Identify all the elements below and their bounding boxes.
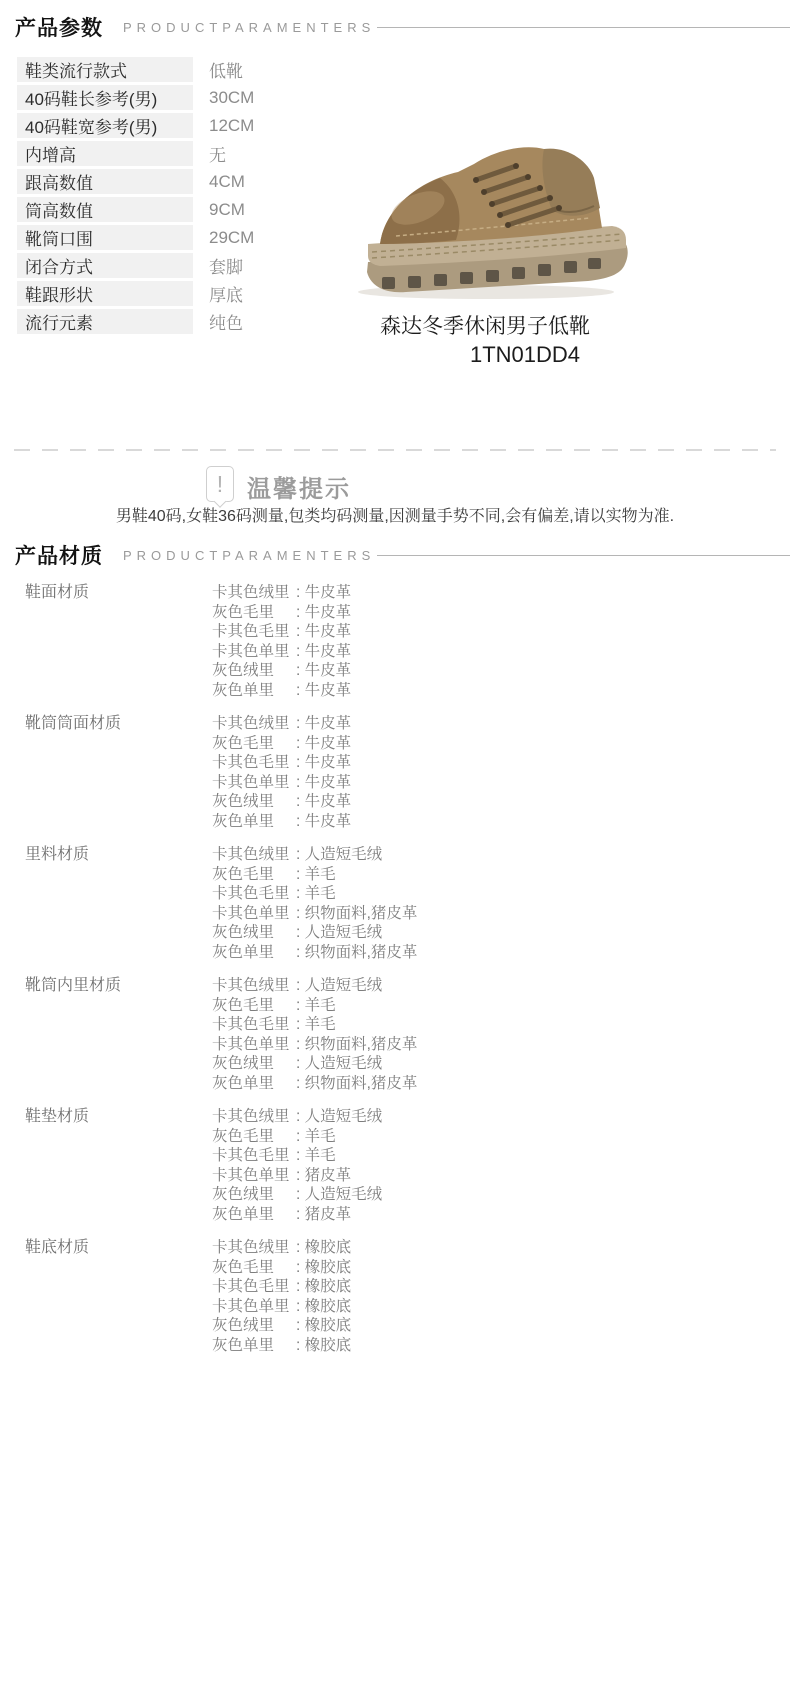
- param-label: 鞋类流行款式: [17, 57, 193, 82]
- material-items: 卡其色绒里: 牛皮革灰色毛里: 牛皮革卡其色毛里: 牛皮革卡其色单里: 牛皮革灰…: [212, 714, 770, 831]
- material-item-name: 灰色单里: [212, 812, 296, 832]
- material-item: 灰色毛里: 橡胶底: [212, 1258, 770, 1278]
- material-item-name: 灰色单里: [212, 943, 296, 963]
- material-item-value: 织物面料,猪皮革: [305, 944, 418, 961]
- material-item-name: 灰色绒里: [212, 661, 296, 681]
- material-item-colon: :: [296, 1108, 305, 1125]
- material-item-name: 灰色毛里: [212, 996, 296, 1016]
- material-item: 灰色单里: 织物面料,猪皮革: [212, 943, 770, 963]
- material-item-value: 牛皮革: [305, 813, 352, 830]
- material-item-value: 牛皮革: [305, 643, 352, 660]
- material-item-name: 灰色毛里: [212, 603, 296, 623]
- material-item-name: 卡其色绒里: [212, 1107, 296, 1127]
- materials-section-title: 产品材质: [15, 540, 103, 570]
- param-value: 29CM: [209, 225, 254, 250]
- product-code: 1TN01DD4: [400, 342, 650, 368]
- material-item-name: 卡其色毛里: [212, 1015, 296, 1035]
- material-item-colon: :: [296, 1128, 305, 1145]
- material-item-colon: :: [296, 866, 305, 883]
- material-item-colon: :: [296, 643, 305, 660]
- product-name: 森达冬季休闲男子低靴: [335, 310, 635, 340]
- material-item-value: 牛皮革: [305, 735, 352, 752]
- material-item-value: 人造短毛绒: [305, 924, 383, 941]
- material-group: 靴筒内里材质卡其色绒里: 人造短毛绒灰色毛里: 羊毛卡其色毛里: 羊毛卡其色单里…: [25, 976, 770, 1093]
- param-label: 闭合方式: [17, 253, 193, 278]
- material-item-name: 卡其色绒里: [212, 1238, 296, 1258]
- material-item-value: 橡胶底: [305, 1317, 352, 1334]
- material-items: 卡其色绒里: 橡胶底灰色毛里: 橡胶底卡其色毛里: 橡胶底卡其色单里: 橡胶底灰…: [212, 1238, 770, 1355]
- material-item-name: 卡其色单里: [212, 642, 296, 662]
- param-value: 30CM: [209, 85, 254, 110]
- param-value: 纯色: [209, 309, 243, 334]
- material-item: 灰色绒里: 人造短毛绒: [212, 1185, 770, 1205]
- material-item-colon: :: [296, 1298, 305, 1315]
- materials-section-subtitle: PRODUCTPARAMENTERS: [123, 548, 375, 563]
- material-item-value: 羊毛: [305, 1016, 336, 1033]
- material-item-colon: :: [296, 997, 305, 1014]
- param-value: 厚底: [209, 281, 243, 306]
- material-item: 卡其色毛里: 橡胶底: [212, 1277, 770, 1297]
- material-item-name: 灰色绒里: [212, 1054, 296, 1074]
- material-group-label: 鞋垫材质: [25, 1107, 212, 1224]
- material-item: 卡其色毛里: 牛皮革: [212, 622, 770, 642]
- material-item-name: 卡其色单里: [212, 1297, 296, 1317]
- material-item-value: 橡胶底: [305, 1278, 352, 1295]
- material-items: 卡其色绒里: 人造短毛绒灰色毛里: 羊毛卡其色毛里: 羊毛卡其色单里: 织物面料…: [212, 976, 770, 1093]
- param-label: 筒高数值: [17, 197, 193, 222]
- material-item-value: 牛皮革: [305, 682, 352, 699]
- material-item-name: 卡其色单里: [212, 773, 296, 793]
- param-value: 4CM: [209, 169, 245, 194]
- material-item-name: 灰色毛里: [212, 734, 296, 754]
- material-items: 卡其色绒里: 牛皮革灰色毛里: 牛皮革卡其色毛里: 牛皮革卡其色单里: 牛皮革灰…: [212, 583, 770, 700]
- material-item-value: 橡胶底: [305, 1298, 352, 1315]
- material-group: 鞋底材质卡其色绒里: 橡胶底灰色毛里: 橡胶底卡其色毛里: 橡胶底卡其色单里: …: [25, 1238, 770, 1355]
- material-item-name: 卡其色绒里: [212, 976, 296, 996]
- material-item-colon: :: [296, 944, 305, 961]
- material-group-label: 靴筒筒面材质: [25, 714, 212, 831]
- exclamation-bubble-icon: !: [206, 466, 234, 502]
- material-item-colon: :: [296, 604, 305, 621]
- material-item-colon: :: [296, 584, 305, 601]
- material-item: 卡其色单里: 牛皮革: [212, 642, 770, 662]
- material-item-value: 羊毛: [305, 885, 336, 902]
- material-group-label: 鞋底材质: [25, 1238, 212, 1355]
- material-item-colon: :: [296, 1075, 305, 1092]
- material-item-name: 卡其色单里: [212, 904, 296, 924]
- material-item-name: 灰色毛里: [212, 865, 296, 885]
- material-item-colon: :: [296, 1206, 305, 1223]
- material-item: 卡其色绒里: 人造短毛绒: [212, 1107, 770, 1127]
- material-item: 灰色绒里: 橡胶底: [212, 1316, 770, 1336]
- product-detail-page: 产品参数 PRODUCTPARAMENTERS 鞋类流行款式低靴40码鞋长参考(…: [0, 0, 790, 1690]
- material-item-value: 橡胶底: [305, 1337, 352, 1354]
- material-item-name: 卡其色毛里: [212, 884, 296, 904]
- materials-section-header: 产品材质 PRODUCTPARAMENTERS: [15, 540, 790, 570]
- material-item-value: 人造短毛绒: [305, 1055, 383, 1072]
- material-item-colon: :: [296, 754, 305, 771]
- material-item-value: 牛皮革: [305, 774, 352, 791]
- shoe-collar: [542, 149, 600, 216]
- material-item: 卡其色绒里: 橡胶底: [212, 1238, 770, 1258]
- material-group-label: 靴筒内里材质: [25, 976, 212, 1093]
- material-item-value: 织物面料,猪皮革: [305, 1036, 418, 1053]
- material-group: 鞋面材质卡其色绒里: 牛皮革灰色毛里: 牛皮革卡其色毛里: 牛皮革卡其色单里: …: [25, 583, 770, 700]
- material-item: 灰色单里: 牛皮革: [212, 812, 770, 832]
- material-item-name: 灰色单里: [212, 1074, 296, 1094]
- material-item: 卡其色单里: 牛皮革: [212, 773, 770, 793]
- material-item-name: 灰色单里: [212, 1205, 296, 1225]
- material-item-value: 人造短毛绒: [305, 1108, 383, 1125]
- material-item-name: 卡其色毛里: [212, 622, 296, 642]
- material-item-value: 牛皮革: [305, 715, 352, 732]
- material-group: 靴筒筒面材质卡其色绒里: 牛皮革灰色毛里: 牛皮革卡其色毛里: 牛皮革卡其色单里…: [25, 714, 770, 831]
- material-item-value: 羊毛: [305, 1128, 336, 1145]
- param-label: 40码鞋长参考(男): [17, 85, 193, 110]
- material-item-value: 橡胶底: [305, 1239, 352, 1256]
- material-item-value: 牛皮革: [305, 754, 352, 771]
- material-item-colon: :: [296, 662, 305, 679]
- material-item-name: 灰色毛里: [212, 1127, 296, 1147]
- material-item-colon: :: [296, 977, 305, 994]
- material-item-colon: :: [296, 1278, 305, 1295]
- material-item: 灰色毛里: 羊毛: [212, 1127, 770, 1147]
- material-item-value: 人造短毛绒: [305, 846, 383, 863]
- material-item: 卡其色绒里: 人造短毛绒: [212, 845, 770, 865]
- param-row: 40码鞋长参考(男)30CM: [17, 85, 447, 110]
- material-item-value: 牛皮革: [305, 604, 352, 621]
- material-item-value: 牛皮革: [305, 623, 352, 640]
- material-item: 灰色单里: 织物面料,猪皮革: [212, 1074, 770, 1094]
- material-item: 卡其色单里: 橡胶底: [212, 1297, 770, 1317]
- material-item-name: 卡其色绒里: [212, 583, 296, 603]
- material-item-name: 灰色绒里: [212, 923, 296, 943]
- param-value: 12CM: [209, 113, 254, 138]
- material-item-name: 灰色毛里: [212, 1258, 296, 1278]
- material-item-name: 灰色单里: [212, 681, 296, 701]
- param-row: 鞋类流行款式低靴: [17, 57, 447, 82]
- material-item: 卡其色绒里: 牛皮革: [212, 714, 770, 734]
- material-item: 灰色单里: 橡胶底: [212, 1336, 770, 1356]
- material-item-colon: :: [296, 1259, 305, 1276]
- material-group: 里料材质卡其色绒里: 人造短毛绒灰色毛里: 羊毛卡其色毛里: 羊毛卡其色单里: …: [25, 845, 770, 962]
- material-item: 灰色毛里: 羊毛: [212, 996, 770, 1016]
- material-item-colon: :: [296, 1036, 305, 1053]
- params-section-subtitle: PRODUCTPARAMENTERS: [123, 20, 375, 35]
- param-label: 跟高数值: [17, 169, 193, 194]
- params-section-title: 产品参数: [15, 12, 103, 42]
- material-item-colon: :: [296, 905, 305, 922]
- material-item: 灰色绒里: 牛皮革: [212, 792, 770, 812]
- material-item-name: 卡其色绒里: [212, 845, 296, 865]
- material-item-value: 橡胶底: [305, 1259, 352, 1276]
- material-group: 鞋垫材质卡其色绒里: 人造短毛绒灰色毛里: 羊毛卡其色毛里: 羊毛卡其色单里: …: [25, 1107, 770, 1224]
- material-item-value: 猪皮革: [305, 1167, 352, 1184]
- material-item-colon: :: [296, 846, 305, 863]
- material-item-colon: :: [296, 924, 305, 941]
- material-item-value: 牛皮革: [305, 584, 352, 601]
- param-value: 无: [209, 141, 226, 166]
- material-items: 卡其色绒里: 人造短毛绒灰色毛里: 羊毛卡其色毛里: 羊毛卡其色单里: 猪皮革灰…: [212, 1107, 770, 1224]
- material-item-name: 卡其色毛里: [212, 1146, 296, 1166]
- tips-title: 温馨提示: [247, 469, 351, 504]
- material-item-colon: :: [296, 774, 305, 791]
- param-label: 流行元素: [17, 309, 193, 334]
- material-item: 卡其色毛里: 羊毛: [212, 1146, 770, 1166]
- material-item-colon: :: [296, 623, 305, 640]
- material-item-name: 卡其色单里: [212, 1166, 296, 1186]
- materials-list: 鞋面材质卡其色绒里: 牛皮革灰色毛里: 牛皮革卡其色毛里: 牛皮革卡其色单里: …: [25, 583, 770, 1369]
- material-item-colon: :: [296, 1186, 305, 1203]
- dashed-divider: [14, 449, 776, 451]
- tips-text: 男鞋40码,女鞋36码测量,包类均码测量,因测量手势不同,会有偏差,请以实物为准…: [0, 503, 790, 526]
- material-item-name: 灰色绒里: [212, 1316, 296, 1336]
- material-item-colon: :: [296, 1317, 305, 1334]
- param-value: 9CM: [209, 197, 245, 222]
- material-item-colon: :: [296, 1055, 305, 1072]
- material-item: 卡其色单里: 织物面料,猪皮革: [212, 1035, 770, 1055]
- material-item-value: 人造短毛绒: [305, 1186, 383, 1203]
- material-item-colon: :: [296, 735, 305, 752]
- material-item: 灰色绒里: 牛皮革: [212, 661, 770, 681]
- params-section-header: 产品参数 PRODUCTPARAMENTERS: [15, 12, 790, 42]
- material-item: 卡其色单里: 猪皮革: [212, 1166, 770, 1186]
- material-item-colon: :: [296, 793, 305, 810]
- material-item-colon: :: [296, 885, 305, 902]
- param-label: 鞋跟形状: [17, 281, 193, 306]
- header-rule: [377, 555, 790, 556]
- material-item: 卡其色单里: 织物面料,猪皮革: [212, 904, 770, 924]
- material-item: 灰色毛里: 牛皮革: [212, 734, 770, 754]
- material-item: 卡其色毛里: 羊毛: [212, 1015, 770, 1035]
- material-item: 卡其色毛里: 牛皮革: [212, 753, 770, 773]
- material-item: 卡其色绒里: 人造短毛绒: [212, 976, 770, 996]
- material-item-value: 猪皮革: [305, 1206, 352, 1223]
- material-item: 灰色绒里: 人造短毛绒: [212, 923, 770, 943]
- material-group-label: 里料材质: [25, 845, 212, 962]
- material-item-value: 羊毛: [305, 997, 336, 1014]
- param-value: 低靴: [209, 57, 243, 82]
- material-item: 灰色毛里: 羊毛: [212, 865, 770, 885]
- material-items: 卡其色绒里: 人造短毛绒灰色毛里: 羊毛卡其色毛里: 羊毛卡其色单里: 织物面料…: [212, 845, 770, 962]
- material-item-name: 灰色绒里: [212, 792, 296, 812]
- product-image: [338, 116, 638, 306]
- material-item-colon: :: [296, 1337, 305, 1354]
- material-item-name: 卡其色毛里: [212, 1277, 296, 1297]
- material-item-value: 牛皮革: [305, 662, 352, 679]
- material-item-name: 卡其色单里: [212, 1035, 296, 1055]
- material-item-value: 织物面料,猪皮革: [305, 1075, 418, 1092]
- param-label: 靴筒口围: [17, 225, 193, 250]
- material-item-colon: :: [296, 813, 305, 830]
- material-item-colon: :: [296, 1239, 305, 1256]
- material-item-colon: :: [296, 715, 305, 732]
- material-item-colon: :: [296, 682, 305, 699]
- material-item-name: 卡其色绒里: [212, 714, 296, 734]
- material-item-colon: :: [296, 1016, 305, 1033]
- material-item-value: 牛皮革: [305, 793, 352, 810]
- material-item-value: 织物面料,猪皮革: [305, 905, 418, 922]
- material-item: 灰色绒里: 人造短毛绒: [212, 1054, 770, 1074]
- material-item-name: 灰色绒里: [212, 1185, 296, 1205]
- param-value: 套脚: [209, 253, 243, 278]
- material-item: 卡其色绒里: 牛皮革: [212, 583, 770, 603]
- material-item-value: 人造短毛绒: [305, 977, 383, 994]
- material-item-value: 羊毛: [305, 1147, 336, 1164]
- material-item-name: 灰色单里: [212, 1336, 296, 1356]
- material-item-value: 羊毛: [305, 866, 336, 883]
- material-group-label: 鞋面材质: [25, 583, 212, 700]
- header-rule: [377, 27, 790, 28]
- material-item-name: 卡其色毛里: [212, 753, 296, 773]
- material-item-colon: :: [296, 1167, 305, 1184]
- material-item-colon: :: [296, 1147, 305, 1164]
- material-item: 灰色毛里: 牛皮革: [212, 603, 770, 623]
- param-label: 40码鞋宽参考(男): [17, 113, 193, 138]
- param-label: 内增高: [17, 141, 193, 166]
- material-item: 灰色单里: 猪皮革: [212, 1205, 770, 1225]
- material-item: 卡其色毛里: 羊毛: [212, 884, 770, 904]
- material-item: 灰色单里: 牛皮革: [212, 681, 770, 701]
